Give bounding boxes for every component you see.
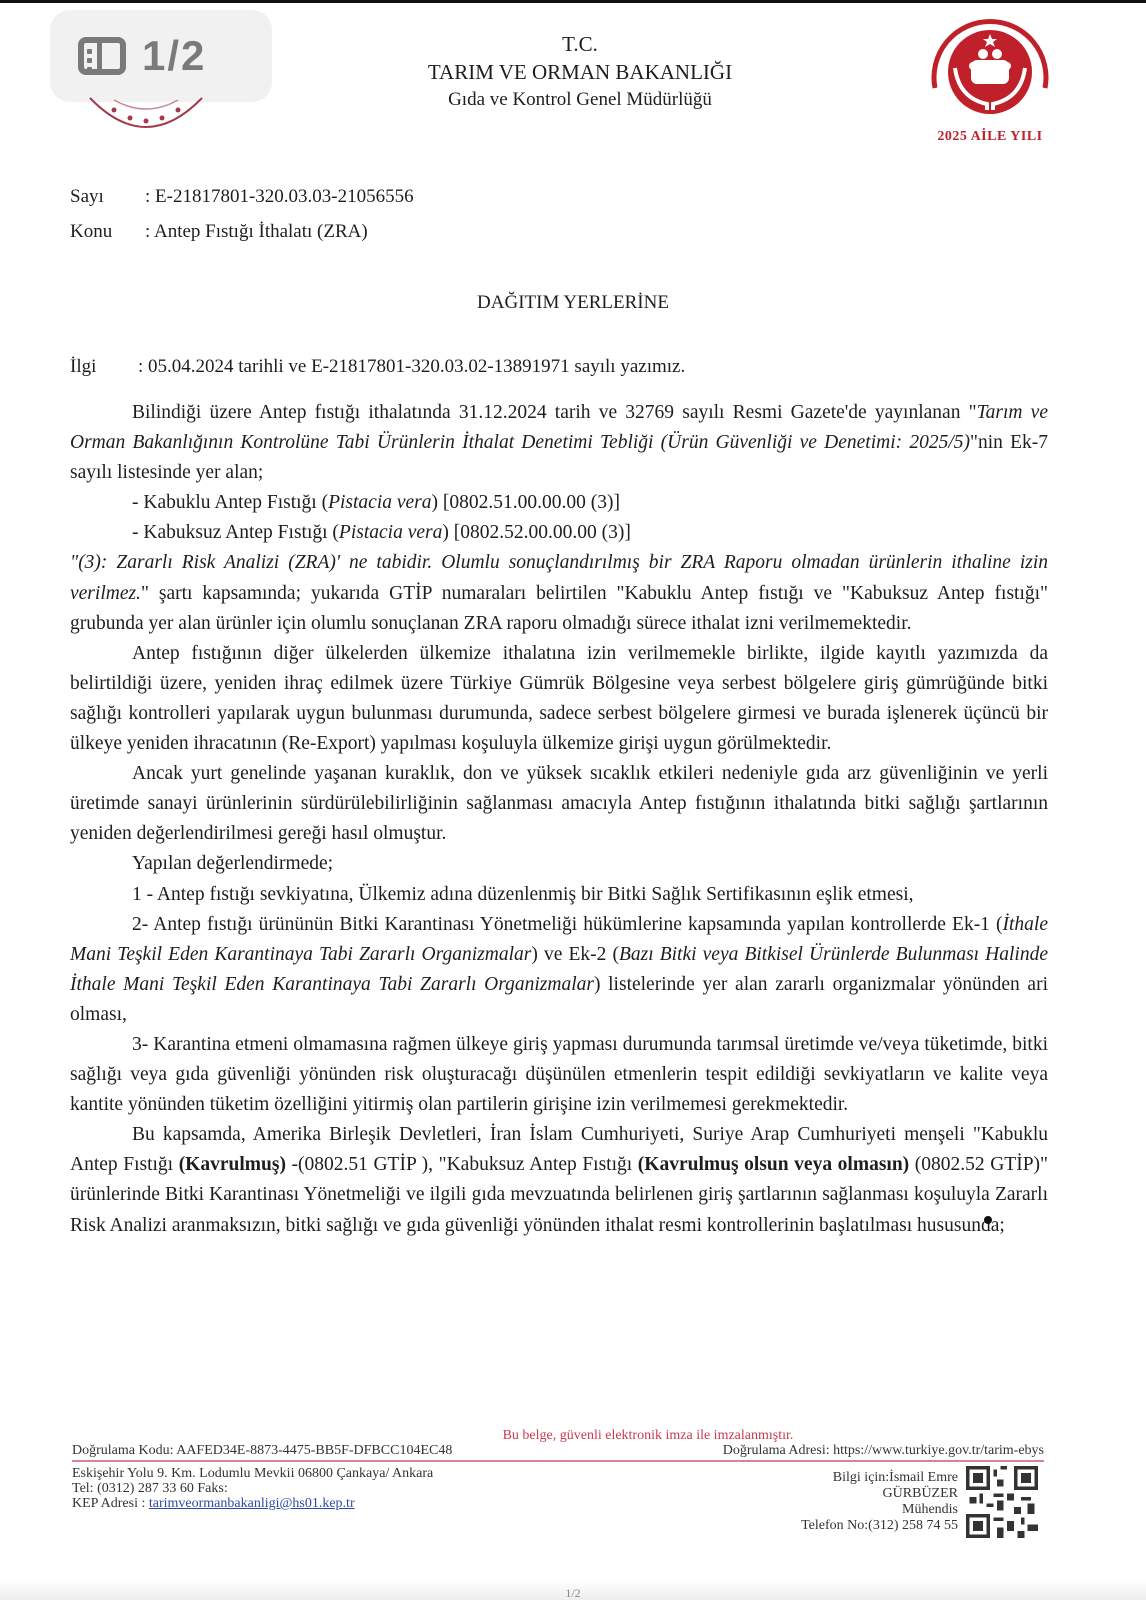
condition-3: 3- Karantina etmeni olmamasına rağmen ül… [70, 1030, 1048, 1120]
kep-address-link[interactable]: tarimveormanbakanligi@hs01.kep.tr [149, 1496, 355, 1511]
contact-name: Bilgi için:İsmail Emre [756, 1470, 958, 1486]
konu-value: : Antep Fıstığı İthalatı (ZRA) [145, 221, 368, 242]
letter-body: Bilindiği üzere Antep fıstığı ithalatınd… [70, 398, 1048, 1241]
family-year-emblem-icon [925, 8, 1055, 126]
ilgi-value: : 05.04.2024 tarihli ve E-21817801-320.0… [138, 356, 685, 377]
paragraph-5: Yapılan değerlendirmede; [70, 849, 1048, 879]
qr-code-icon [966, 1466, 1038, 1538]
stray-dot [984, 1216, 992, 1224]
verification-code: Doğrulama Kodu: AAFED34E-8873-4475-BB5F-… [72, 1443, 452, 1458]
page-indicator-button[interactable]: 1/2 [50, 10, 272, 102]
condition-1: 1 - Antep fıstığı sevkiyatına, Ülkemiz a… [70, 880, 1048, 910]
list-item: - Kabuklu Antep Fıstığı (Pistacia vera) … [70, 488, 1048, 518]
contact-info: Bilgi için:İsmail Emre GÜRBÜZER Mühendis… [756, 1470, 958, 1534]
addressee-title: DAĞITIM YERLERİNE [0, 292, 1146, 314]
contact-phone: Telefon No:(312) 258 74 55 [756, 1518, 958, 1534]
paragraph-2: "(3): Zararlı Risk Analizi (ZRA)' ne tab… [70, 548, 1048, 638]
letterhead-ministry: TARIM VE ORMAN BAKANLIĞI [380, 58, 780, 86]
ministry-seal-icon [86, 96, 206, 138]
contact-title: Mühendis [756, 1502, 958, 1518]
reference-line: İlgi: 05.04.2024 tarihli ve E-21817801-3… [70, 356, 685, 378]
logo-caption: 2025 AİLE YILI [915, 129, 1065, 145]
letterhead-tc: T.C. [380, 30, 780, 58]
paragraph-3: Antep fıstığının diğer ülkelerden ülkemi… [70, 639, 1048, 759]
esignature-note: Bu belge, güvenli elektronik imza ile im… [72, 1428, 1044, 1443]
sidebar-panel-icon [78, 37, 126, 75]
sayi-value: : E-21817801-320.03.03-21056556 [145, 186, 414, 207]
top-border [0, 0, 1146, 3]
paragraph-1: Bilindiği üzere Antep fıstığı ithalatınd… [70, 398, 1048, 488]
family-year-logo: 2025 AİLE YILI [915, 8, 1065, 153]
list-item: - Kabuksuz Antep Fıstığı (Pistacia vera)… [70, 518, 1048, 548]
condition-2: 2- Antep fıstığı ürününün Bitki Karantin… [70, 910, 1048, 1030]
ilgi-label: İlgi [70, 356, 138, 378]
letterhead-directorate: Gıda ve Kontrol Genel Müdürlüğü [380, 86, 780, 114]
document-subject: Konu: Antep Fıstığı İthalatı (ZRA) [70, 221, 368, 243]
verification-row: Doğrulama Kodu: AAFED34E-8873-4475-BB5F-… [72, 1443, 1044, 1462]
konu-label: Konu [70, 221, 145, 243]
verification-address[interactable]: Doğrulama Adresi: https://www.turkiye.go… [723, 1443, 1044, 1458]
paragraph-4: Ancak yurt genelinde yaşanan kuraklık, d… [70, 759, 1048, 849]
document-number: Sayı: E-21817801-320.03.03-21056556 [70, 186, 414, 208]
page-indicator-text: 1/2 [142, 32, 206, 80]
page-number: 1/2 [0, 1586, 1146, 1600]
paragraph-6: Bu kapsamda, Amerika Birleşik Devletleri… [70, 1120, 1048, 1240]
sayi-label: Sayı [70, 186, 145, 208]
letterhead: T.C. TARIM VE ORMAN BAKANLIĞI Gıda ve Ko… [380, 30, 780, 114]
contact-surname: GÜRBÜZER [756, 1486, 958, 1502]
